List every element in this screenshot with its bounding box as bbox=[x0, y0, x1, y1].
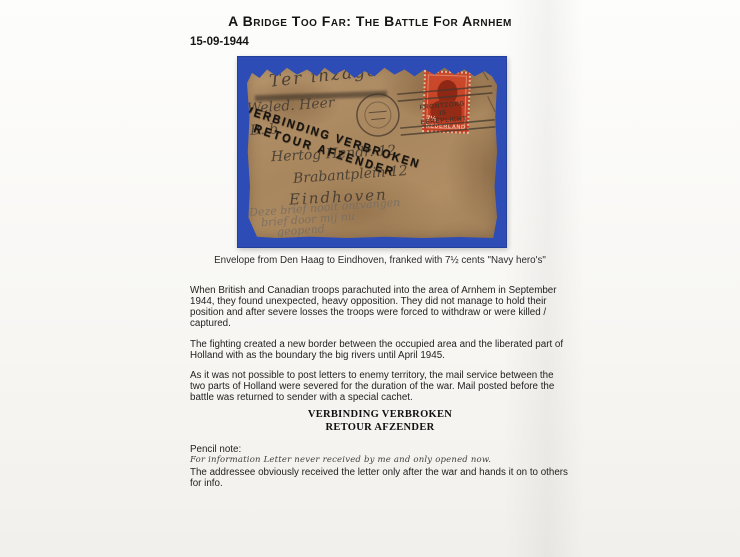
postmark-inner-circle-icon bbox=[364, 101, 392, 129]
handwriting-top-note: Ter inzage bbox=[268, 60, 380, 91]
envelope: Ter inzage Weled. Heer B. b. Hertog Hend… bbox=[247, 66, 497, 238]
description-text: When British and Canadian troops parachu… bbox=[190, 285, 570, 489]
postmark-circle-icon bbox=[355, 92, 401, 138]
cachet-text-block: VERBINDING VERBROKEN RETOUR AFZENDER bbox=[190, 409, 570, 434]
stamp-country: NEDERLAND bbox=[424, 123, 467, 130]
cachet-text-line2: RETOUR AFZENDER bbox=[190, 422, 570, 434]
postage-stamp: 7½ NEDERLAND bbox=[422, 70, 471, 134]
pencil-note-line3: geopend bbox=[277, 222, 326, 238]
pencil-note-label: Pencil note: bbox=[190, 444, 570, 455]
envelope-caption: Envelope from Den Haag to Eindhoven, fra… bbox=[170, 255, 590, 266]
stamp-value: 7½ bbox=[426, 115, 436, 122]
envelope-photo-mount: Ter inzage Weled. Heer B. b. Hertog Hend… bbox=[237, 56, 507, 248]
paragraph-1: When British and Canadian troops parachu… bbox=[190, 285, 570, 330]
paragraph-3: As it was not possible to post letters t… bbox=[190, 370, 570, 403]
paragraph-2: The fighting created a new border betwee… bbox=[190, 339, 570, 361]
pencil-note-transcription: For information Letter never received by… bbox=[190, 456, 570, 466]
date-label: 15-09-1944 bbox=[190, 36, 249, 48]
page-title: A Bridge Too Far: The Battle For Arnhem bbox=[0, 13, 740, 29]
cachet-text-line1: VERBINDING VERBROKEN bbox=[190, 409, 570, 421]
closing-paragraph: The addressee obviously received the let… bbox=[190, 467, 570, 489]
album-page: A Bridge Too Far: The Battle For Arnhem … bbox=[0, 0, 740, 557]
